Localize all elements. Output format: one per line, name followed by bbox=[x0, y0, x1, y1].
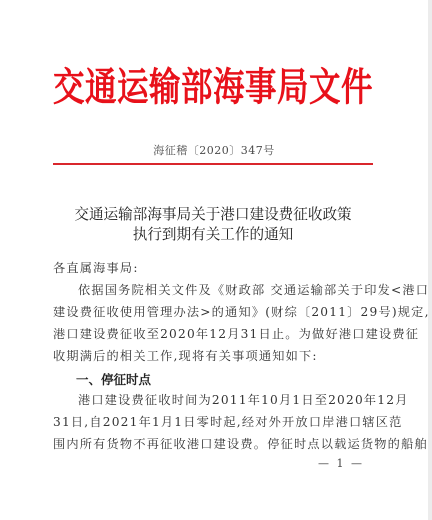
paragraph-1-line-2: 建设费征收使用管理办法>的通知》(财综〔2011〕29号)规定, bbox=[53, 304, 373, 320]
red-divider-line bbox=[53, 163, 373, 165]
issuing-authority-header: 交通运输部海事局文件 bbox=[50, 56, 376, 121]
page-edge-scroll-gutter bbox=[428, 0, 432, 520]
paragraph-1-line-1: 依据国务院相关文件及《财政部 交通运输部关于印发<港口 bbox=[78, 282, 398, 298]
paragraph-2-line-2: 31日,自2021年1月1日零时起,经对外开放口岸港口辖区范 bbox=[53, 414, 373, 430]
section-heading-stop-collection: 一、停征时点 bbox=[76, 370, 151, 388]
document-number: 海征稽〔2020〕347号 bbox=[0, 142, 428, 158]
notice-title-line-1: 交通运输部海事局关于港口建设费征收政策 bbox=[40, 205, 386, 225]
salutation: 各直属海事局: bbox=[53, 260, 373, 276]
notice-title-line-2: 执行到期有关工作的通知 bbox=[40, 225, 386, 245]
paragraph-1-line-4: 收期满后的相关工作,现将有关事项通知如下: bbox=[53, 348, 373, 364]
paragraph-2-line-3: 围内所有货物不再征收港口建设费。停征时点以载运货物的船舶 bbox=[53, 436, 373, 452]
page-number: — 1 — bbox=[318, 457, 364, 470]
paragraph-2-line-1: 港口建设费征收时间为2011年10月1日至2020年12月 bbox=[78, 392, 398, 408]
document-page: 交通运输部海事局文件 海征稽〔2020〕347号 交通运输部海事局关于港口建设费… bbox=[0, 0, 428, 520]
notice-title: 交通运输部海事局关于港口建设费征收政策 执行到期有关工作的通知 bbox=[40, 205, 386, 245]
paragraph-1-line-3: 港口建设费征收至2020年12月31日止。为做好港口建设费征 bbox=[53, 326, 373, 342]
